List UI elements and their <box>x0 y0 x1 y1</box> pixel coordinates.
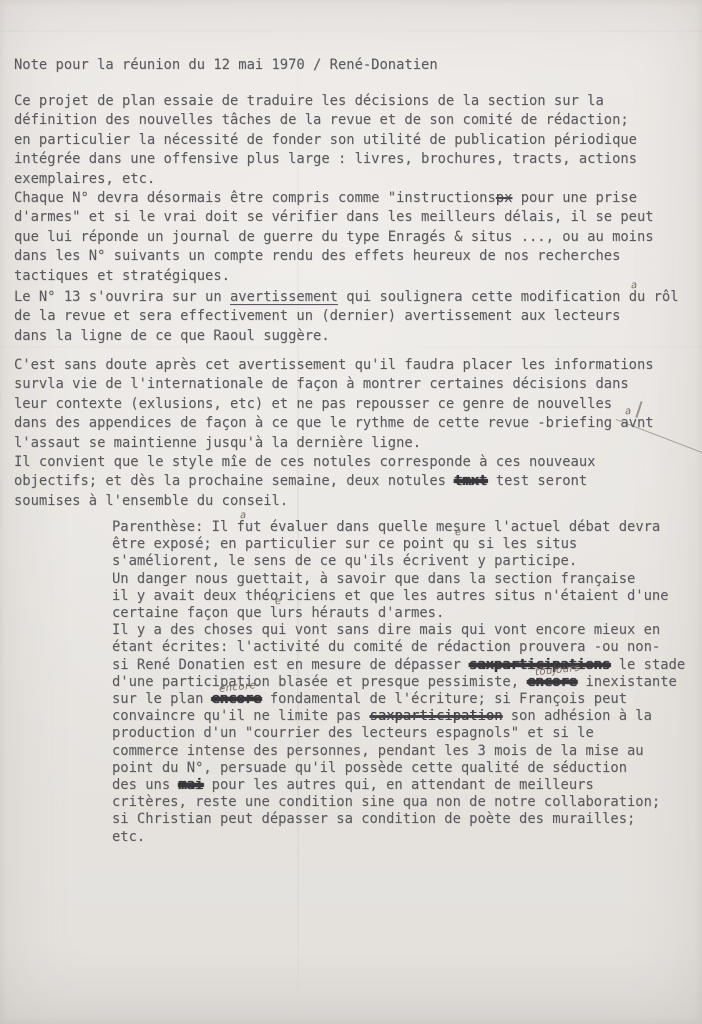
text-line: survla vie de l'internationale de façon … <box>14 375 654 394</box>
text-segment: Il convient que le style mîe de ces notu… <box>14 454 595 470</box>
style-paragraph: Il convient que le style mîe de ces notu… <box>14 453 595 511</box>
text-line: en particulier la nécessité de fonder so… <box>14 131 637 150</box>
text-segment: de la revue et sera effectivement un (de… <box>14 308 620 324</box>
text-segment: si les situs <box>469 536 577 552</box>
text-line: Il y a des choses qui vont sans dire mai… <box>112 622 685 639</box>
paper-crease <box>0 30 702 32</box>
text-line: exemplaires, etc. <box>14 170 637 189</box>
text-segment: être exposé; en particulier sur ce point <box>112 536 453 552</box>
text-line: Le N° 13 s'ouvrira sur un avertissement … <box>14 288 679 307</box>
text-line: Ce projet de plan essaie de traduire les… <box>14 92 637 111</box>
text-segment: dans la ligne de ce que Raoul suggère. <box>14 328 330 344</box>
text-segment: survla vie de l'internationale de façon … <box>14 376 629 392</box>
informations-paragraph: C'est sans doute après cet avertissement… <box>14 356 654 453</box>
text-segment: Le N° 13 s'ouvrira sur un <box>14 289 230 305</box>
text-line: des uns mai pour les autres qui, en atte… <box>112 777 685 794</box>
text-line: dans la ligne de ce que Raoul suggère. <box>14 327 679 346</box>
text-line: Un danger nous guettait, à savoir que da… <box>112 571 685 588</box>
text-segment: Ce projet de plan essaie de traduire les… <box>14 93 604 109</box>
text-segment: fondamental de l'écriture; si François p… <box>262 691 627 707</box>
text-segment: dans les N° suivants un compte rendu des… <box>14 248 620 264</box>
text-segment: lurse <box>270 605 303 622</box>
text-segment: Parenthèse: Il <box>112 519 237 535</box>
text-line: Note pour la réunion du 12 mai 1970 / Re… <box>14 56 438 75</box>
text-segment: que <box>453 536 470 553</box>
text-line: étant écrites: l'activité du comité de r… <box>112 639 685 656</box>
text-segment: si René Donatien est en mesure de dépass… <box>112 657 469 673</box>
text-line: production d'un "courrier des lecteurs e… <box>112 725 685 742</box>
text-segment: test seront <box>487 473 587 489</box>
text-line: il y avait deux théoriciens et que les a… <box>112 588 685 605</box>
text-segment: objectifs; et dès la prochaine semaine, … <box>14 473 454 489</box>
text-segment: s'améliorent, le sens de ce qu'ils écriv… <box>112 553 577 569</box>
text-line: Chaque N° devra désormais être compris c… <box>14 189 654 208</box>
text-segment: dua <box>629 288 646 307</box>
text-line: dans des appendices de façon à ce que le… <box>14 414 654 433</box>
text-segment: d'une participation blasée et presque pe… <box>112 674 527 690</box>
handwritten-annotation: encore <box>218 677 257 698</box>
text-segment: des uns <box>112 777 178 793</box>
text-segment: Note pour la réunion du 12 mai 1970 / Re… <box>14 57 438 73</box>
text-segment: Un danger nous guettait, à savoir que da… <box>112 571 635 587</box>
text-line: s'améliorent, le sens de ce qu'ils écriv… <box>112 553 685 570</box>
handwritten-annotation: e <box>274 593 282 611</box>
text-segment: production d'un "courrier des lecteurs e… <box>112 725 594 741</box>
text-segment: étant écrites: l'activité du comité de r… <box>112 639 660 655</box>
text-segment: que lui réponde un journal de guerre du … <box>14 229 654 245</box>
text-segment: soumises à l'ensemble du conseil. <box>14 493 288 509</box>
text-line: soumises à l'ensemble du conseil. <box>14 492 595 511</box>
text-line: sur le plan encoreencore fondamental de … <box>112 691 685 708</box>
struck-out-text: encoreencore <box>212 691 262 708</box>
note-title: Note pour la réunion du 12 mai 1970 / Re… <box>14 56 438 75</box>
document-page: Note pour la réunion du 12 mai 1970 / Re… <box>0 0 702 1024</box>
text-segment: inexistante <box>577 674 677 690</box>
text-line: Parenthèse: Il futa évaluer dans quelle … <box>112 519 685 536</box>
parenthese-block: Parenthèse: Il futa évaluer dans quelle … <box>112 519 685 846</box>
text-segment: C'est sans doute après cet avertissement… <box>14 357 654 373</box>
text-segment: si Christian peut dépasser sa condition … <box>112 811 635 827</box>
text-segment: pour une prise <box>512 190 637 206</box>
text-segment: en particulier la nécessité de fonder so… <box>14 132 637 148</box>
handwritten-annotation: toujours <box>534 660 580 682</box>
text-line: point du N°, persuade qu'il possède cett… <box>112 760 685 777</box>
struck-out-text: encoretoujours <box>527 674 577 691</box>
text-segment: certaine façon que <box>112 605 270 621</box>
text-line: l'assaut se maintienne jusqu'à la derniè… <box>14 434 654 453</box>
text-segment: exemplaires, etc. <box>14 171 155 187</box>
struck-out-text: mai <box>178 777 203 793</box>
text-segment: le stade <box>610 657 685 673</box>
text-segment: l'assaut se maintienne jusqu'à la derniè… <box>14 435 421 451</box>
text-segment: Chaque N° devra désormais être compris c… <box>14 190 496 206</box>
paper-crease <box>0 346 702 348</box>
text-segment: tactiques et stratégiques. <box>14 268 230 284</box>
text-line: si René Donatien est en mesure de dépass… <box>112 657 685 674</box>
text-segment: Il y a des choses qui vont sans dire mai… <box>112 622 660 638</box>
text-segment: avnta <box>620 414 653 433</box>
text-segment: sur le plan <box>112 691 212 707</box>
text-line: tactiques et stratégiques. <box>14 267 654 286</box>
text-segment: etc. <box>112 829 145 845</box>
text-segment: convaincre qu'il ne limite pas <box>112 708 370 724</box>
text-segment: critères, reste une condition sine qua n… <box>112 794 660 810</box>
text-line: leur contexte (exlusions, etc) et ne pas… <box>14 395 654 414</box>
numero-paragraph: Chaque N° devra désormais être compris c… <box>14 189 654 286</box>
text-segment: intégrée dans une offensive plus large :… <box>14 151 637 167</box>
text-segment: commerce intense des personnes, pendant … <box>112 743 644 759</box>
text-line: si Christian peut dépasser sa condition … <box>112 811 685 828</box>
text-line: dans les N° suivants un compte rendu des… <box>14 247 654 266</box>
text-segment: pour les autres qui, en attendant de mei… <box>203 777 593 793</box>
text-segment: son adhésion à la <box>502 708 652 724</box>
text-segment: d'armes" et si le vrai doit se vérifier … <box>14 209 654 225</box>
text-segment: dans des appendices de façon à ce que le… <box>14 415 620 431</box>
text-line: être exposé; en particulier sur ce point… <box>112 536 685 553</box>
text-segment: il y avait deux théoriciens et que les a… <box>112 588 669 604</box>
text-segment: qui soulignera cette modification <box>338 289 629 305</box>
text-line: convaincre qu'il ne limite pas saxpartic… <box>112 708 685 725</box>
text-line: que lui réponde un journal de guerre du … <box>14 228 654 247</box>
text-line: de la revue et sera effectivement un (de… <box>14 307 679 326</box>
text-line: Il convient que le style mîe de ces notu… <box>14 453 595 472</box>
text-line: commerce intense des personnes, pendant … <box>112 743 685 760</box>
text-line: C'est sans doute après cet avertissement… <box>14 356 654 375</box>
text-line: d'une participation blasée et presque pe… <box>112 674 685 691</box>
struck-out-text: saxparticipation <box>370 708 503 724</box>
intro-paragraph: Ce projet de plan essaie de traduire les… <box>14 92 637 189</box>
text-line: objectifs; et dès la prochaine semaine, … <box>14 472 595 491</box>
text-line: d'armes" et si le vrai doit se vérifier … <box>14 208 654 227</box>
struck-out-text: tmxt <box>454 473 487 489</box>
text-segment: hérauts d'armes. <box>303 605 444 621</box>
text-segment: définition des nouvelles tâches de la re… <box>14 112 629 128</box>
text-line: critères, reste une condition sine qua n… <box>112 794 685 811</box>
text-segment: rôl <box>645 289 678 305</box>
text-segment: futa <box>237 519 262 536</box>
struck-out-text: px <box>496 190 513 206</box>
text-line: etc. <box>112 829 685 846</box>
text-line: certaine façon que lurse hérauts d'armes… <box>112 605 685 622</box>
text-line: intégrée dans une offensive plus large :… <box>14 150 637 169</box>
avertissement-paragraph: Le N° 13 s'ouvrira sur un avertissement … <box>14 288 679 346</box>
text-segment: point du N°, persuade qu'il possède cett… <box>112 760 627 776</box>
text-segment: leur contexte (exlusions, etc) et ne pas… <box>14 396 612 412</box>
underlined-text: avertissement <box>230 289 338 305</box>
text-line: définition des nouvelles tâches de la re… <box>14 111 637 130</box>
